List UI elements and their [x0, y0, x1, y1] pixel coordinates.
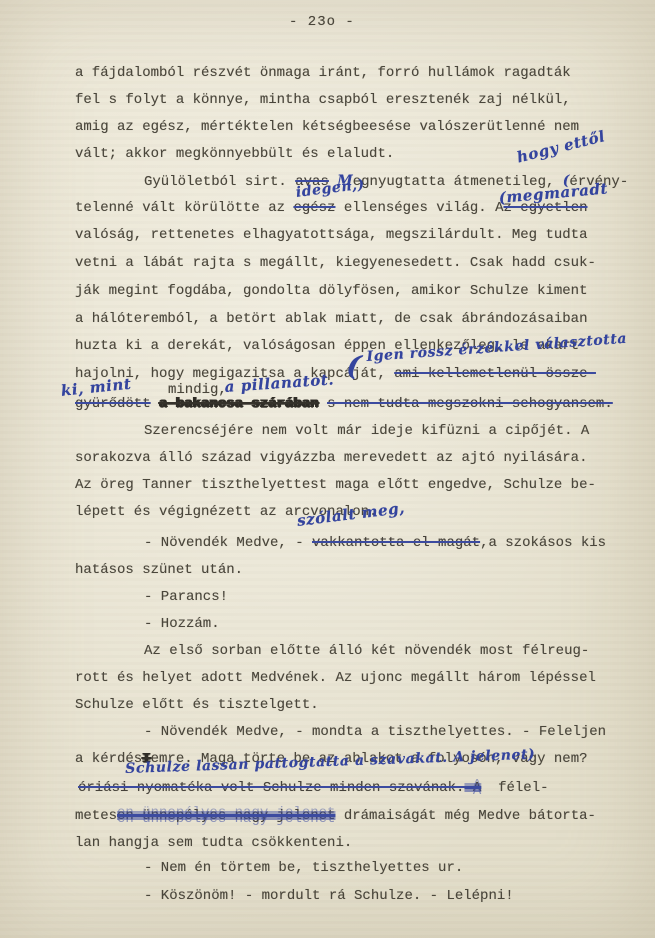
typed-text: - Hozzám. — [144, 616, 220, 632]
typed-line: Schulze előtt és tisztelgett. — [75, 697, 319, 714]
typed-text: - Nem én törtem be, tiszthelyettes ur. — [144, 860, 463, 876]
typed-text: - Parancs! — [144, 589, 228, 605]
typed-line: - Parancs! — [144, 589, 228, 606]
typed-text: ,a szokásos kis — [480, 535, 606, 551]
typed-text: a fájdalomból részvét önmaga iránt, forr… — [75, 65, 571, 81]
typed-line: sorakozva álló század vigyázzba merevede… — [75, 450, 587, 467]
typed-text: amig az egész, mértéktelen kétségbeesése… — [75, 119, 579, 135]
typed-line: valóság, rettenetes elhagyatottsága, meg… — [75, 227, 587, 244]
typed-text: félel- — [481, 780, 548, 796]
typed-line: - Köszönöm! - mordult rá Schulze. - Lelé… — [144, 888, 514, 905]
typed-text: - Köszönöm! - mordult rá Schulze. - Lelé… — [144, 888, 514, 904]
typed-text: drámaiságát még Medve bátorta- — [335, 808, 595, 824]
handwritten-annotation: Igen rossz érzékkel választotta — [366, 331, 628, 365]
typed-text: sorakozva álló század vigyázzba merevede… — [75, 450, 587, 466]
typed-text: hatásos szünet után. — [75, 562, 243, 578]
typed-text: Az öreg Tanner tiszthelyettest maga előt… — [75, 477, 596, 493]
struck-typed-text: ami kellemetlenül össze- — [394, 366, 596, 382]
manuscript-page: - 23o - a fájdalomból részvét önmaga irá… — [0, 0, 655, 938]
typed-line: hajolni, hogy megigazitsa a kapcáját, am… — [75, 366, 596, 383]
typed-line: hatásos szünet után. — [75, 562, 243, 579]
typed-text: vált; akkor megkönnyebbült és elaludt. — [75, 146, 394, 162]
typed-line: - Nem én törtem be, tiszthelyettes ur. — [144, 860, 463, 877]
typed-text: valóság, rettenetes elhagyatottsága, meg… — [75, 227, 587, 243]
typed-line: vetni a lábát rajta s megállt, kiegyenes… — [75, 255, 596, 272]
typed-text: - Növendék Medve, - — [144, 535, 312, 551]
typed-text — [151, 396, 159, 412]
struck-typed-text: egész — [293, 200, 335, 216]
typed-text: Az első sorban előtte álló két növendék … — [144, 643, 589, 659]
page-number: - 23o - — [289, 14, 355, 30]
typed-line: ják megint fogdába, gondolta dölyfösen, … — [75, 283, 587, 300]
typed-line: lan hangja sem tudta csökkenteni. — [75, 835, 352, 852]
typed-text: ellenséges világ. A — [335, 200, 503, 216]
struck-typed-text: gyürődött — [75, 396, 151, 412]
typed-line: Szerencséjére nem volt már ideje kifüzni… — [144, 423, 589, 440]
typed-line: gyürődött a bakancsa szárában s nem tudt… — [75, 396, 613, 413]
typed-line: óriási nyomatéka volt Schulze minden sza… — [78, 780, 549, 797]
typed-text: lan hangja sem tudta csökkenteni. — [75, 835, 352, 851]
typed-text: metes — [75, 808, 117, 824]
typed-line: a hálóteremból, a betört ablak miatt, de… — [75, 311, 587, 328]
typed-line: Az öreg Tanner tiszthelyettest maga előt… — [75, 477, 596, 494]
typed-text: rott és helyet adott Medvének. Az ujonc … — [75, 670, 596, 686]
typed-line: - Növendék Medve, - mondta a tiszthelyet… — [144, 724, 606, 741]
typed-line: - Hozzám. — [144, 616, 220, 633]
typed-text: Gyülöletból sirt. — [144, 174, 295, 190]
struck-typed-text: óriási nyomatéka volt Schulze minden sza… — [78, 780, 464, 796]
struck-typed-text: vakkantotta el magát — [312, 535, 480, 551]
typed-line: a fájdalomból részvét önmaga iránt, forr… — [75, 65, 571, 82]
scribbled-typed-text: A — [464, 780, 481, 796]
typed-line: amig az egész, mértéktelen kétségbeesése… — [75, 119, 579, 136]
typed-text: vetni a lábát rajta s megállt, kiegyenes… — [75, 255, 596, 271]
struck-typed-text: s nem tudta megszokni sehogyansem. — [327, 396, 613, 412]
typed-line: Az első sorban előtte álló két növendék … — [144, 643, 589, 660]
typed-line: metesen ünnepélyes nagy jelenet drámaisá… — [75, 808, 596, 825]
typed-text: telenné vált körülötte az — [75, 200, 293, 216]
overtyped-text: a bakancsa szárában — [159, 396, 319, 412]
typed-text: - Növendék Medve, - mondta a tiszthelyet… — [144, 724, 606, 740]
typed-line: rott és helyet adott Medvének. Az ujonc … — [75, 670, 596, 687]
typed-line: fel s folyt a könnye, mintha csapból ere… — [75, 92, 571, 109]
typed-line: - Növendék Medve, - vakkantotta el magát… — [144, 535, 606, 552]
typed-text: ják megint fogdába, gondolta dölyfösen, … — [75, 283, 587, 299]
typed-text: Szerencséjére nem volt már ideje kifüzni… — [144, 423, 589, 439]
typed-text: a hálóteremból, a betört ablak miatt, de… — [75, 311, 587, 327]
typed-text: fel s folyt a könnye, mintha csapból ere… — [75, 92, 571, 108]
typed-text — [319, 396, 327, 412]
typed-line: vált; akkor megkönnyebbült és elaludt. — [75, 146, 394, 163]
scribbled-typed-text: en ünnepélyes nagy jelenet — [117, 808, 335, 824]
typed-text: Schulze előtt és tisztelgett. — [75, 697, 319, 713]
